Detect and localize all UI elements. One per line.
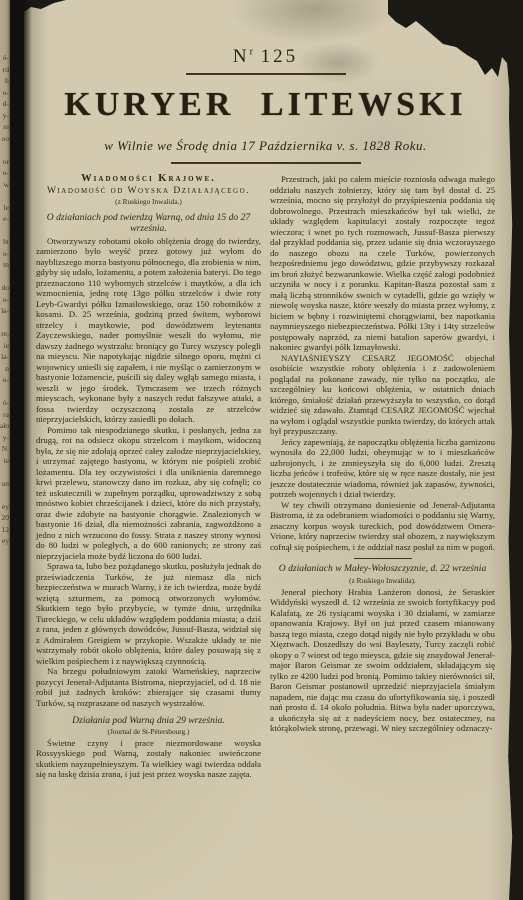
page-content: Nr 125 KURYER LITEWSKI w Wilnie we Środę…	[36, 0, 495, 900]
paragraph: Świetne czyny i prace niezmordowane woys…	[36, 738, 261, 780]
article-title-warna-15-27: O działaniach pod twierdzą Warną, od dni…	[42, 212, 255, 234]
page-right-edge	[503, 0, 523, 900]
paragraph: Otworzywszy robotami około oblężenia dro…	[36, 236, 261, 425]
facing-page-edge: ó- rd li o- d- y- ss oo or o- w le e- ht…	[0, 0, 10, 900]
section-heading-main: Wiadomości Krajowe.	[36, 174, 261, 185]
newspaper-page: Nr 125 KURYER LITEWSKI w Wilnie we Środę…	[24, 0, 523, 900]
paragraph: Przestrach, jaki po całem mieście roznio…	[270, 174, 495, 353]
issue-prefix: N	[233, 46, 250, 67]
gutter-shadow	[10, 0, 32, 900]
issue-superscript: r	[250, 47, 253, 58]
paragraph: Pomimo tak niespodzianego skutku, i posł…	[36, 425, 261, 562]
paragraph: Jeńcy zapewniają, że napoczątku oblężeni…	[270, 437, 495, 500]
source-note: (z Ruskiego Inwalida.)	[36, 197, 261, 208]
source-note: (Journal de St-Pétersbourg.)	[36, 727, 261, 738]
issue-value: 125	[261, 46, 299, 67]
paragraph: Jenerał piechoty Hrabia Lanżeron donosi,…	[270, 587, 495, 734]
section-heading-sub: Wiadomość od Woyska Działającego.	[36, 186, 261, 197]
masthead-rule-top	[186, 73, 346, 75]
newspaper-title: KURYER LITEWSKI	[36, 86, 495, 124]
article-title-woloszczyzna: O działaniach w Małey-Wołoszczyznie, d. …	[276, 563, 489, 574]
paragraph: W tey chwili otrzymano doniesienie od Je…	[270, 500, 495, 553]
margin-text-fragments: ó- rd li o- d- y- ss oo or o- w le e- ht…	[0, 52, 9, 547]
masthead-rule-bottom	[171, 162, 361, 164]
left-column: Wiadomości Krajowe. Wiadomość od Woyska …	[36, 174, 261, 780]
section-divider-rule	[354, 558, 412, 559]
article-title-warna-29: Działania pod Warną dnia 29 września.	[42, 715, 255, 726]
paragraph: NAYIAŚNIEYSZY CESARZ JEGOMOŚĆ objechał o…	[270, 353, 495, 437]
paragraph: Na brzegu południowym zatoki Warneńskiey…	[36, 666, 261, 708]
paragraph: Sprawa ta, lubo bez pożądanego skutku, p…	[36, 561, 261, 666]
source-note: (z Ruskiego Inwalida).	[270, 576, 495, 587]
columns: Wiadomości Krajowe. Wiadomość od Woyska …	[36, 174, 495, 780]
issue-number: Nr 125	[36, 46, 495, 68]
dateline: w Wilnie we Środę dnia 17 Października v…	[36, 138, 495, 154]
right-column: Przestrach, jaki po całem mieście roznio…	[270, 174, 495, 780]
